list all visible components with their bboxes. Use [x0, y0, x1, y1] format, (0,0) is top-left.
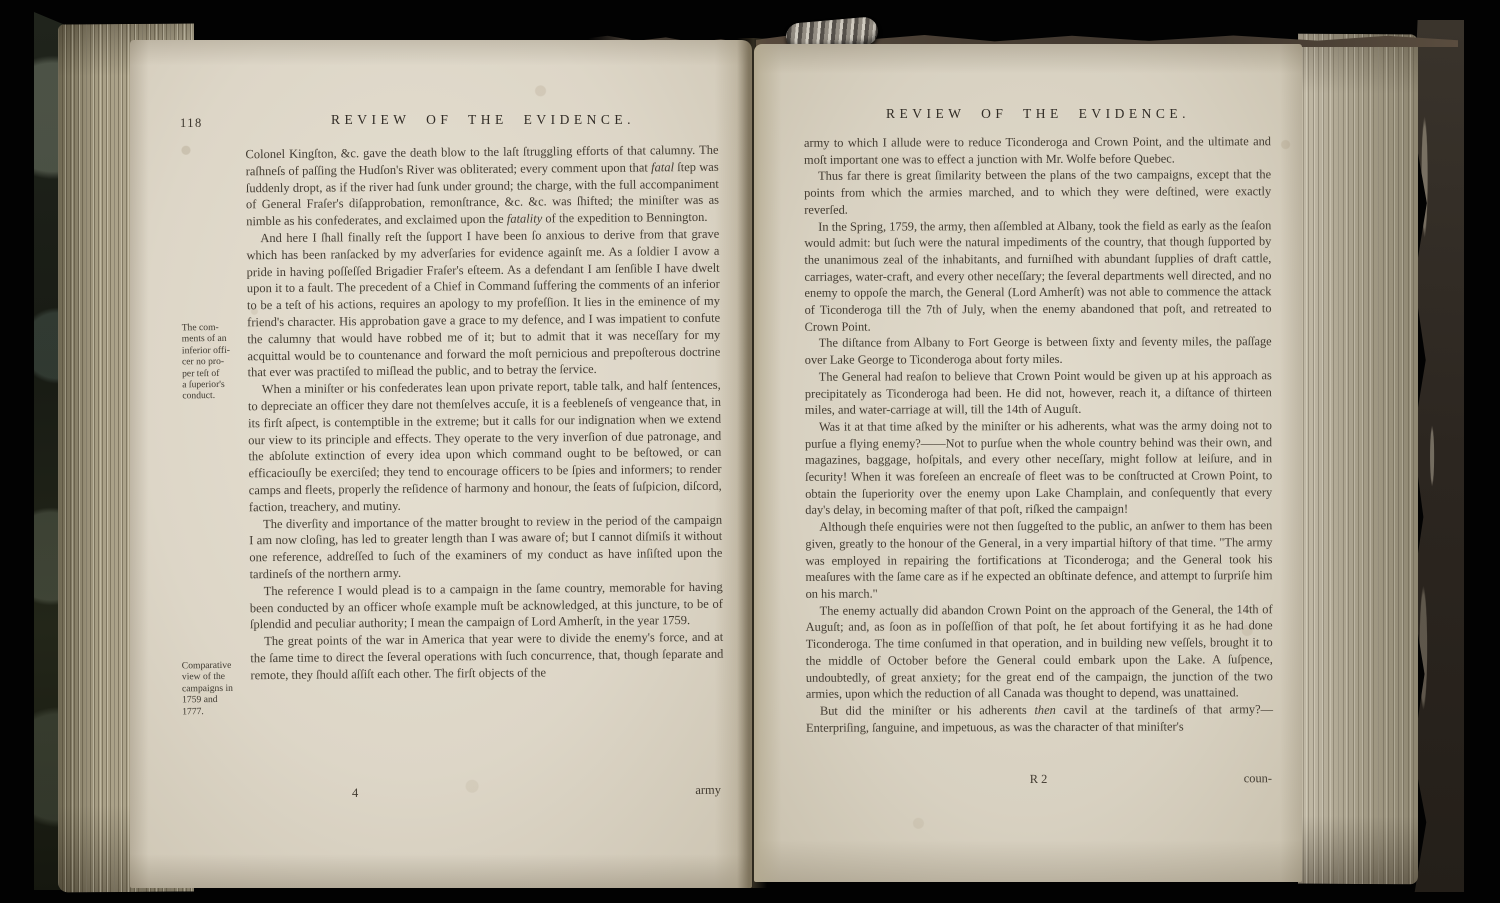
page-body-left: Colonel Kingſton, &c. gave the death blo… — [245, 142, 723, 684]
paragraph: When a miniſter or his confederates lean… — [248, 377, 722, 516]
page-body-right: army to which I allude were to reduce Ti… — [804, 133, 1273, 736]
right-page-stack-fore-edge — [1298, 34, 1418, 885]
paragraph: The General had reaſon to believe that C… — [805, 367, 1272, 419]
paragraph: Thus far there is great ſimilarity betwe… — [804, 167, 1271, 219]
paragraph: Colonel Kingſton, &c. gave the death blo… — [245, 142, 719, 231]
signature-mark-right: R 2 — [1030, 772, 1048, 786]
paragraph: Was it at that time aſked by the miniſte… — [805, 417, 1272, 519]
catchword-left: army — [248, 782, 721, 803]
page-number-left: 118 — [180, 116, 203, 131]
paragraph: The diſtance from Albany to Fort George … — [805, 334, 1272, 369]
running-header-left: REVIEW OF THE EVIDENCE. — [248, 112, 718, 128]
paragraph: In the Spring, 1759, the army, then aſſe… — [804, 217, 1271, 336]
signature-mark-left: 4 — [352, 786, 358, 801]
paragraph: But did the miniſter or his adherents th… — [806, 701, 1273, 736]
margin-note-comparative-view: Comparative view of the campaigns in 175… — [182, 660, 251, 718]
paragraph: The diverſity and importance of the matt… — [249, 511, 723, 583]
catchword-right: coun- — [1244, 770, 1272, 787]
paragraph: The reference I would plead is to a camp… — [250, 578, 723, 633]
paragraph: The great points of the war in America t… — [250, 629, 723, 684]
catchword-left-row: army — [248, 782, 721, 803]
paragraph: army to which I allude were to reduce Ti… — [804, 133, 1271, 168]
footer-right: R 2 coun- — [805, 770, 1272, 788]
paragraph: Although theſe enquiries were not then ſ… — [805, 517, 1272, 602]
book-photograph: 118 REVIEW OF THE EVIDENCE. The com- men… — [0, 0, 1500, 903]
left-page: 118 REVIEW OF THE EVIDENCE. The com- men… — [130, 40, 752, 888]
paragraph: And here I ſhall finally reſt the ſuppor… — [246, 226, 720, 382]
margin-note-inferior-officer: The com- ments of an inferior offi- cer … — [182, 322, 251, 402]
paragraph: The enemy actually did abandon Crown Poi… — [806, 601, 1273, 703]
right-page: REVIEW OF THE EVIDENCE. 119 army to whic… — [754, 44, 1302, 882]
running-header-right: REVIEW OF THE EVIDENCE. — [805, 106, 1271, 122]
